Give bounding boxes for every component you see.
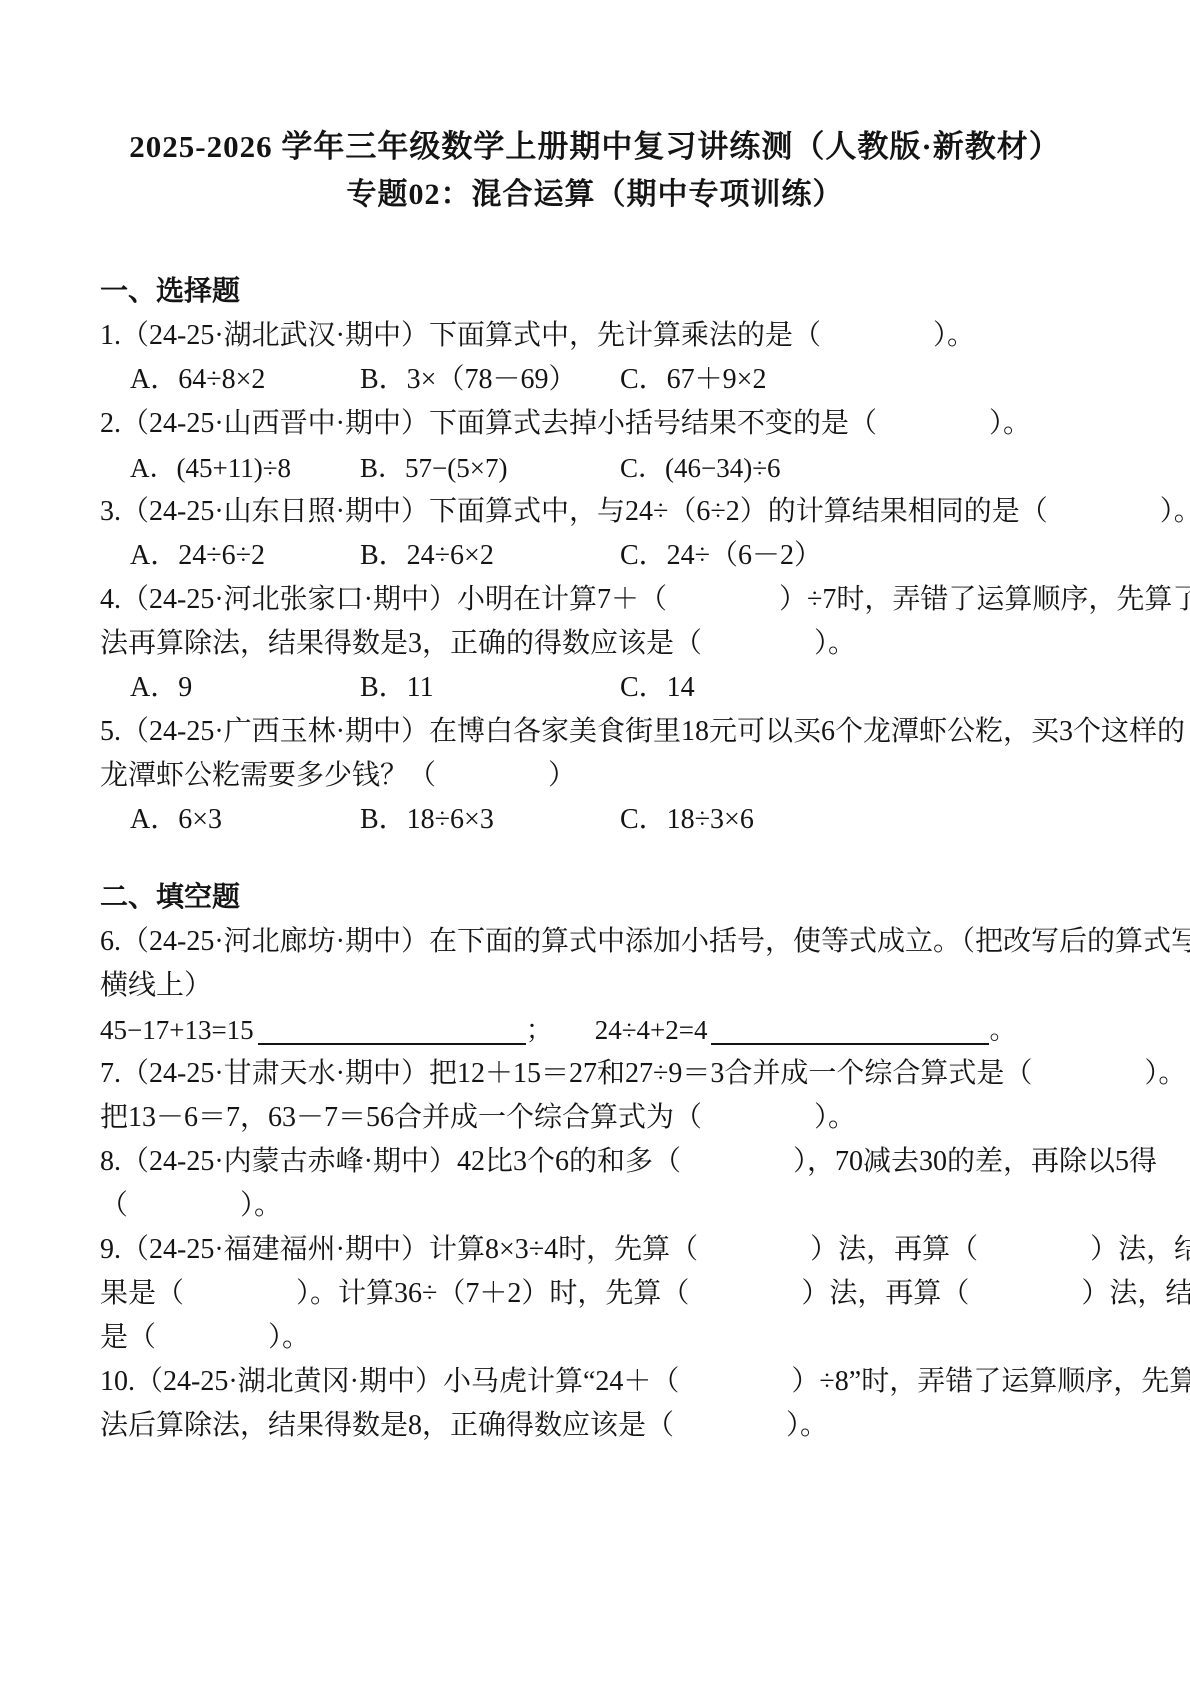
question-10-text-line-1: 10.（24-25·湖北黄冈·期中）小马虎计算“24＋（ ）÷8”时，弄错了运算…	[100, 1360, 1090, 1404]
question-5-text-line-2: 龙潭虾公籺需要多少钱？（ ）	[100, 754, 1090, 798]
q3-option-c: C．24÷（6－2）	[620, 534, 1090, 578]
question-2-text: 2.（24-25·山西晋中·期中）下面算式去掉小括号结果不变的是（ ）。	[100, 402, 1090, 446]
q3-option-b: B．24÷6×2	[360, 534, 620, 578]
section-choice-heading: 一、选择题	[100, 270, 1090, 314]
q4-option-a: A．9	[130, 666, 360, 710]
question-9-text-line-3: 是（ ）。	[100, 1316, 1090, 1360]
question-6-text-line-2: 横线上）	[100, 964, 1090, 1008]
q2-option-b: B．57−(5×7)	[360, 446, 620, 490]
question-4-text-line-1: 4.（24-25·河北张家口·期中）小明在计算7＋（ ）÷7时，弄错了运算顺序，…	[100, 578, 1090, 622]
q4-option-b: B．11	[360, 666, 620, 710]
question-5-options: A．6×3 B．18÷6×3 C．18÷3×6	[100, 798, 1090, 842]
question-1-options: A．64÷8×2 B．3×（78－69） C．67＋9×2	[100, 358, 1090, 402]
q5-option-c: C．18÷3×6	[620, 798, 1090, 842]
question-4-text-line-2: 法再算除法，结果得数是3，正确的得数应该是（ ）。	[100, 622, 1090, 666]
q6-period: 。	[989, 1008, 1016, 1052]
question-9-text-line-2: 果是（ ）。计算36÷（7＋2）时，先算（ ）法，再算（ ）法，结果	[100, 1272, 1090, 1316]
q3-option-a: A．24÷6÷2	[130, 534, 360, 578]
q6-blank-2	[711, 1013, 989, 1045]
question-7-text-line-1: 7.（24-25·甘肃天水·期中）把12＋15＝27和27÷9＝3合并成一个综合…	[100, 1052, 1090, 1096]
q6-blank-1	[258, 1013, 526, 1045]
document-subtitle: 专题02：混合运算（期中专项训练）	[100, 176, 1090, 214]
question-3-text: 3.（24-25·山东日照·期中）下面算式中，与24÷（6÷2）的计算结果相同的…	[100, 490, 1090, 534]
q2-option-c: C．(46−34)÷6	[620, 446, 1090, 490]
document-title: 2025-2026 学年三年级数学上册期中复习讲练测（人教版·新教材）	[100, 128, 1090, 166]
question-9-text-line-1: 9.（24-25·福建福州·期中）计算8×3÷4时，先算（ ）法，再算（ ）法，…	[100, 1228, 1090, 1272]
question-8-text-line-2: （ ）。	[100, 1184, 1090, 1228]
q4-option-c: C．14	[620, 666, 1090, 710]
q1-option-a: A．64÷8×2	[130, 358, 360, 402]
question-6-text-line-1: 6.（24-25·河北廊坊·期中）在下面的算式中添加小括号，使等式成立。（把改写…	[100, 920, 1090, 964]
q6-separator: ；	[526, 1008, 553, 1052]
q1-option-c: C．67＋9×2	[620, 358, 1090, 402]
worksheet-page: 2025-2026 学年三年级数学上册期中复习讲练测（人教版·新教材） 专题02…	[0, 0, 1190, 1448]
question-2-options: A．(45+11)÷8 B．57−(5×7) C．(46−34)÷6	[100, 446, 1090, 490]
question-6-equation-line: 45−17+13=15 ； 24÷4+2=4 。	[100, 1008, 1090, 1052]
section-fill-heading: 二、填空题	[100, 876, 1090, 920]
question-7-text-line-2: 把13－6＝7，63－7＝56合并成一个综合算式为（ ）。	[100, 1096, 1090, 1140]
q5-option-a: A．6×3	[130, 798, 360, 842]
question-4-options: A．9 B．11 C．14	[100, 666, 1090, 710]
q1-option-b: B．3×（78－69）	[360, 358, 620, 402]
q2-option-a: A．(45+11)÷8	[130, 446, 360, 490]
question-5-text-line-1: 5.（24-25·广西玉林·期中）在博白各家美食街里18元可以买6个龙潭虾公籺，…	[100, 710, 1090, 754]
question-8-text-line-1: 8.（24-25·内蒙古赤峰·期中）42比3个6的和多（ ），70减去30的差，…	[100, 1140, 1090, 1184]
question-3-options: A．24÷6÷2 B．24÷6×2 C．24÷（6－2）	[100, 534, 1090, 578]
question-10-text-line-2: 法后算除法，结果得数是8，正确得数应该是（ ）。	[100, 1404, 1090, 1448]
question-1-text: 1.（24-25·湖北武汉·期中）下面算式中，先计算乘法的是（ ）。	[100, 314, 1090, 358]
q6-equation-2: 24÷4+2=4	[595, 1008, 708, 1052]
q6-equation-1: 45−17+13=15	[100, 1008, 254, 1052]
q5-option-b: B．18÷6×3	[360, 798, 620, 842]
